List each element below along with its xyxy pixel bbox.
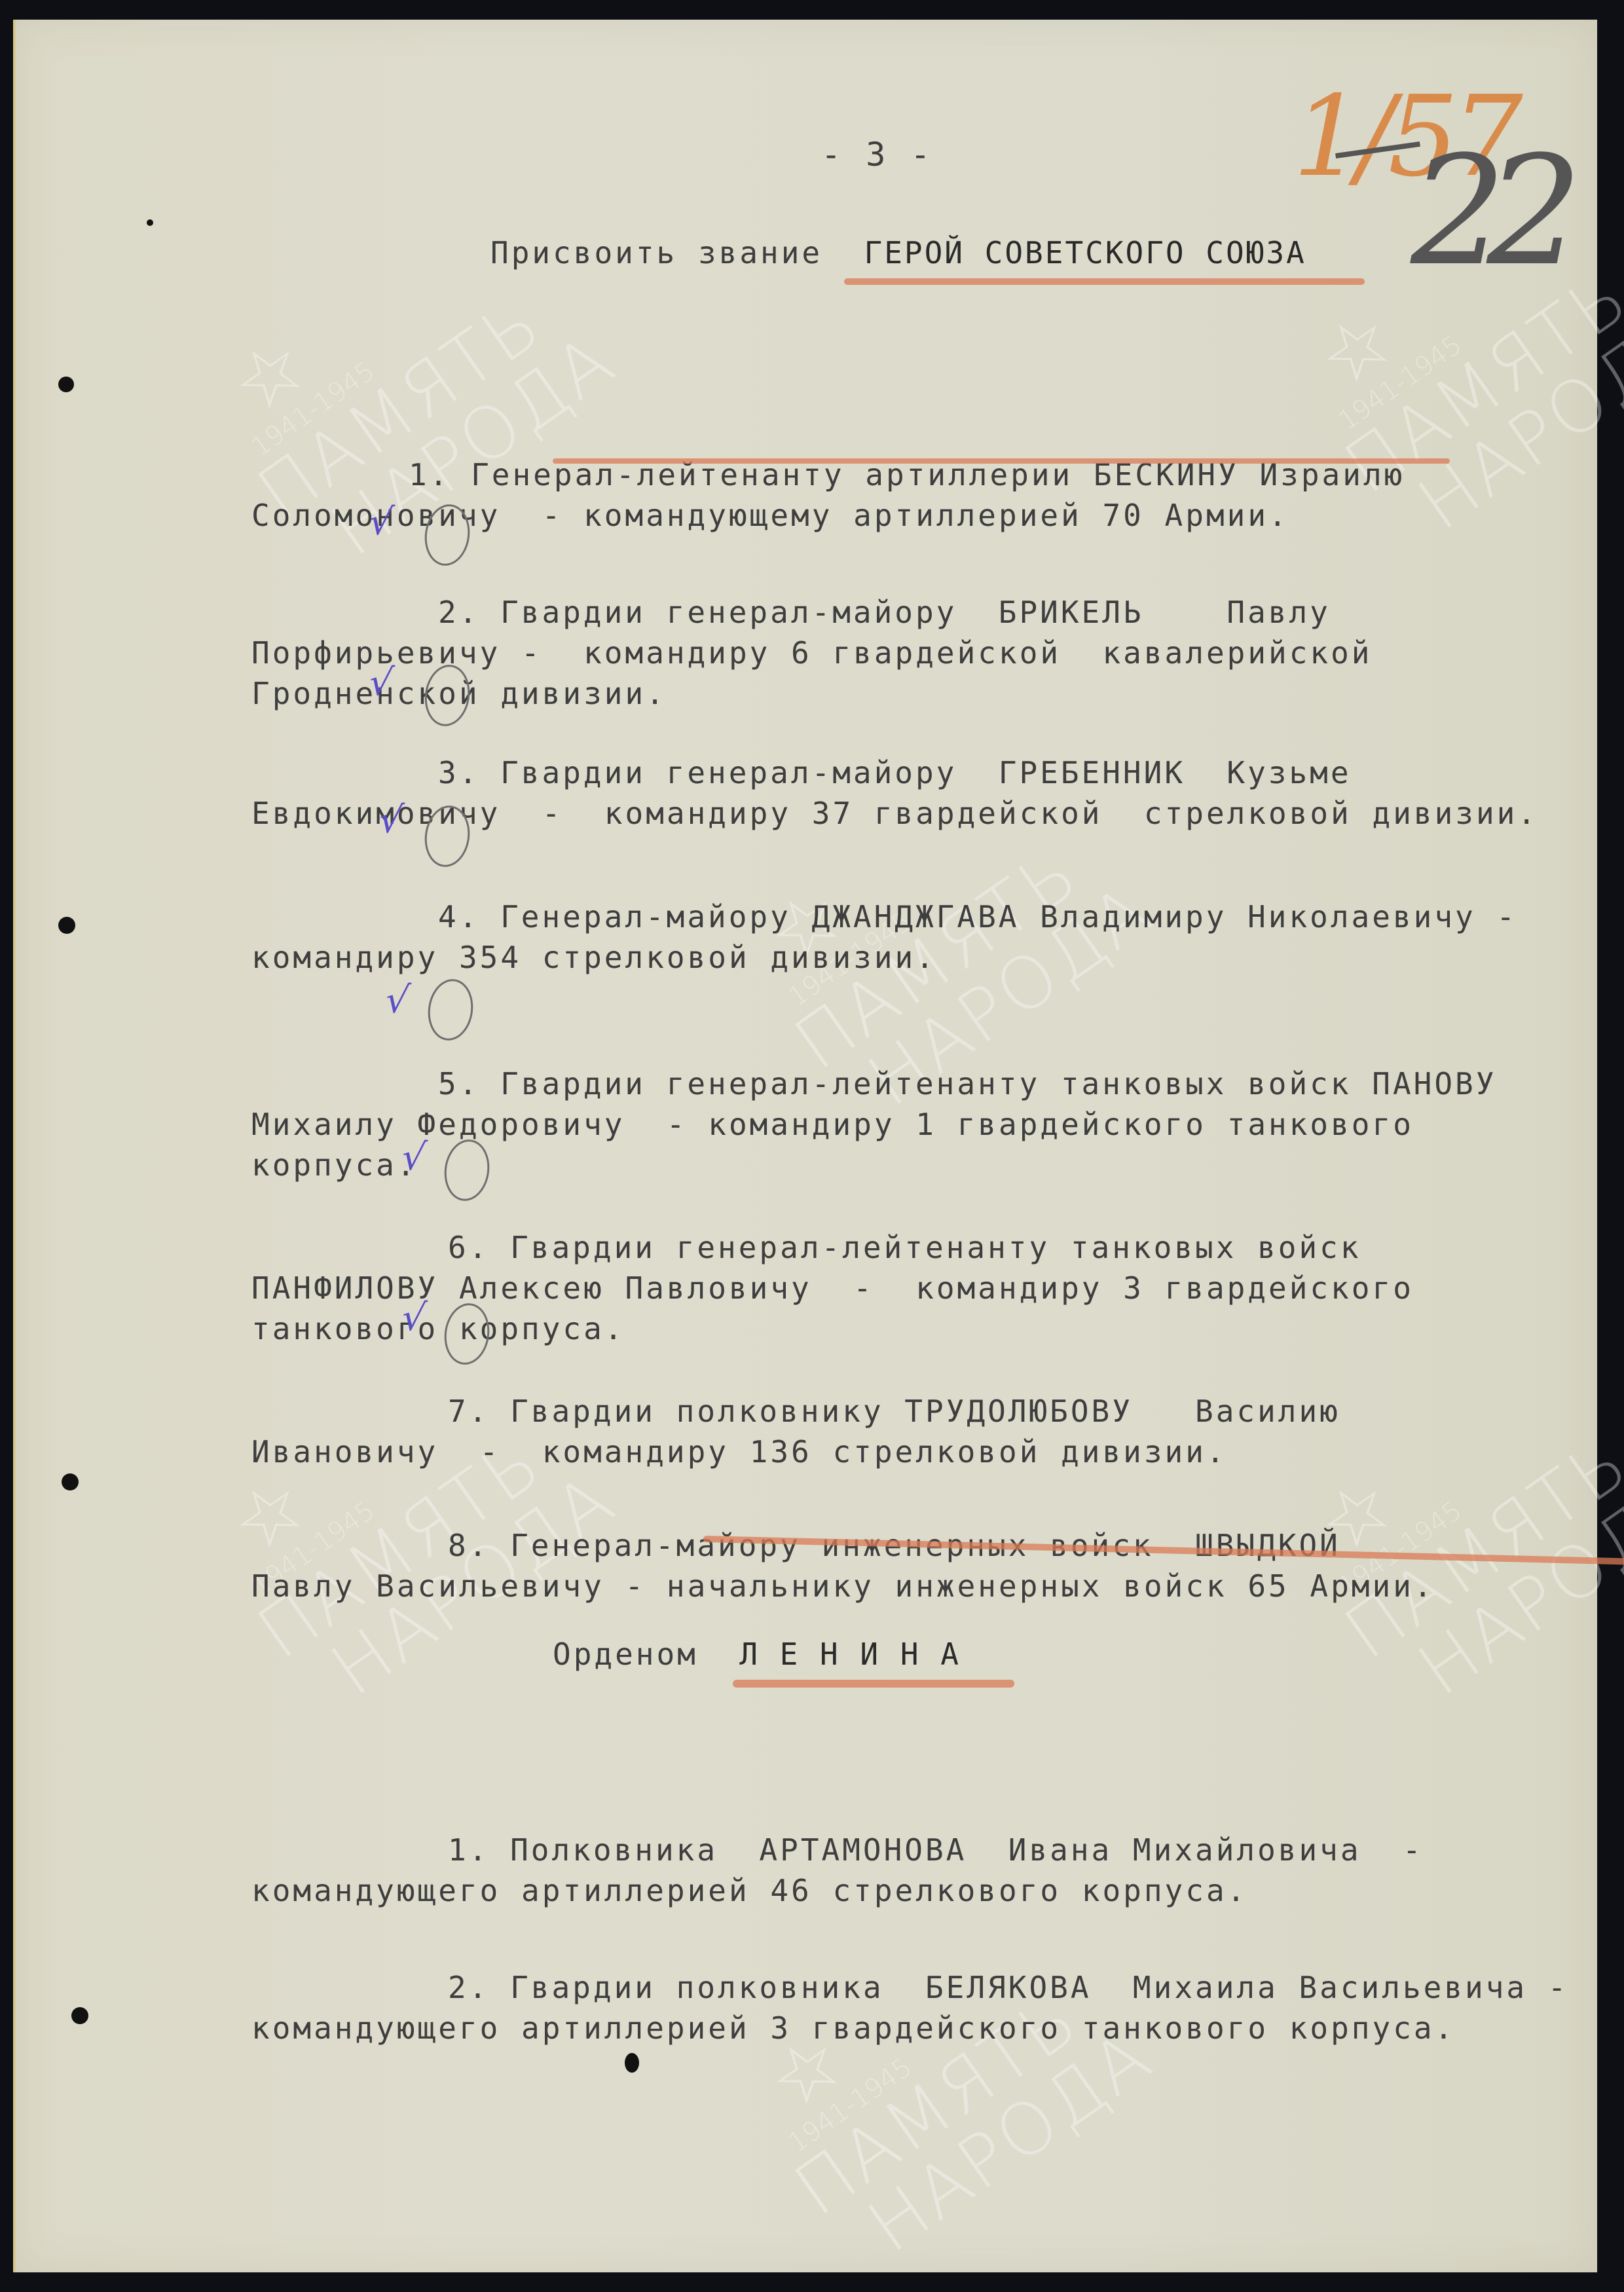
entry-line2: командиру 354 стрелковой дивизии. bbox=[251, 937, 1517, 978]
entry-line1: Полковника АРТАМОНОВА Ивана Михайловича … bbox=[510, 1832, 1424, 1868]
entry-line1: Генерал-майору ДЖАНДЖГАВА Владимиру Нико… bbox=[500, 899, 1517, 934]
entry-line1: Гвардии полковнику ТРУДОЛЮБОВУ Василию bbox=[510, 1394, 1340, 1429]
red-underline bbox=[553, 458, 1450, 464]
heading-title: ГЕРОЙ СОВЕТСКОГО СОЮЗА bbox=[864, 235, 1306, 270]
watermark-line2: НАРОДА bbox=[1407, 1462, 1624, 1707]
entry-number: 2. bbox=[448, 1970, 489, 2005]
entry-line1: Гвардии генерал-майору БРИКЕЛЬ Павлу bbox=[500, 595, 1331, 630]
entry-number: 6. bbox=[448, 1230, 489, 1265]
entry-line1: Гвардии генерал-майору ГРЕБЕННИК Кузьме bbox=[500, 755, 1351, 790]
entry-number: 2. bbox=[438, 595, 479, 630]
red-underline bbox=[733, 1680, 1014, 1688]
entry-number: 8. bbox=[448, 1528, 489, 1563]
entry-line2: Михаилу Федоровичу - командиру 1 гвардей… bbox=[251, 1104, 1496, 1145]
handwritten-mark-pencil: 22 bbox=[1411, 124, 1563, 299]
red-underline bbox=[844, 278, 1365, 285]
heading-title: Л Е Н И Н А bbox=[739, 1636, 961, 1672]
entry-line1: Гвардии генерал-лейтенанту танковых войс… bbox=[500, 1066, 1496, 1101]
entry-number: 4. bbox=[438, 899, 479, 934]
entry-number: 5. bbox=[438, 1066, 479, 1101]
entry-line2: Павлу Васильевичу - начальнику инженерны… bbox=[251, 1566, 1435, 1606]
heading-prefix: Орденом bbox=[553, 1636, 698, 1672]
punch-hole bbox=[58, 917, 75, 934]
document-page: ☆ 1941-1945 ПАМЯТЬ НАРОДА ☆ 1941-1945 ПА… bbox=[13, 20, 1597, 2272]
entry-line2: Порфирьевичу - командиру 6 гвардейской к… bbox=[251, 633, 1373, 673]
punch-hole bbox=[62, 1473, 79, 1490]
heading-prefix: Присвоить звание bbox=[490, 235, 822, 270]
entry-line2: командующего артиллерией 3 гвардейского … bbox=[251, 2008, 1569, 2048]
entry-number: 1. bbox=[448, 1832, 489, 1868]
punch-hole bbox=[71, 2007, 88, 2024]
page-number: - 3 - bbox=[821, 134, 933, 175]
section-heading-lenin: Орденом Л Е Н И Н А bbox=[553, 1634, 961, 1674]
entry-line1: Гвардии полковника БЕЛЯКОВА Михаила Васи… bbox=[510, 1970, 1568, 2005]
watermark-line2: НАРОДА bbox=[1407, 297, 1624, 542]
award-entry: 2. Гвардии полковника БЕЛЯКОВА Михаила В… bbox=[251, 1886, 1569, 2130]
entry-number: 3. bbox=[438, 755, 479, 790]
punch-hole bbox=[58, 377, 74, 392]
punch-hole bbox=[147, 219, 153, 226]
section-heading-hero: Присвоить звание ГЕРОЙ СОВЕТСКОГО СОЮЗА bbox=[490, 232, 1306, 273]
entry-number: 1. bbox=[409, 457, 450, 492]
entry-line1: Гвардии генерал-лейтенанту танковых войс… bbox=[510, 1230, 1361, 1265]
entry-number: 7. bbox=[448, 1394, 489, 1429]
